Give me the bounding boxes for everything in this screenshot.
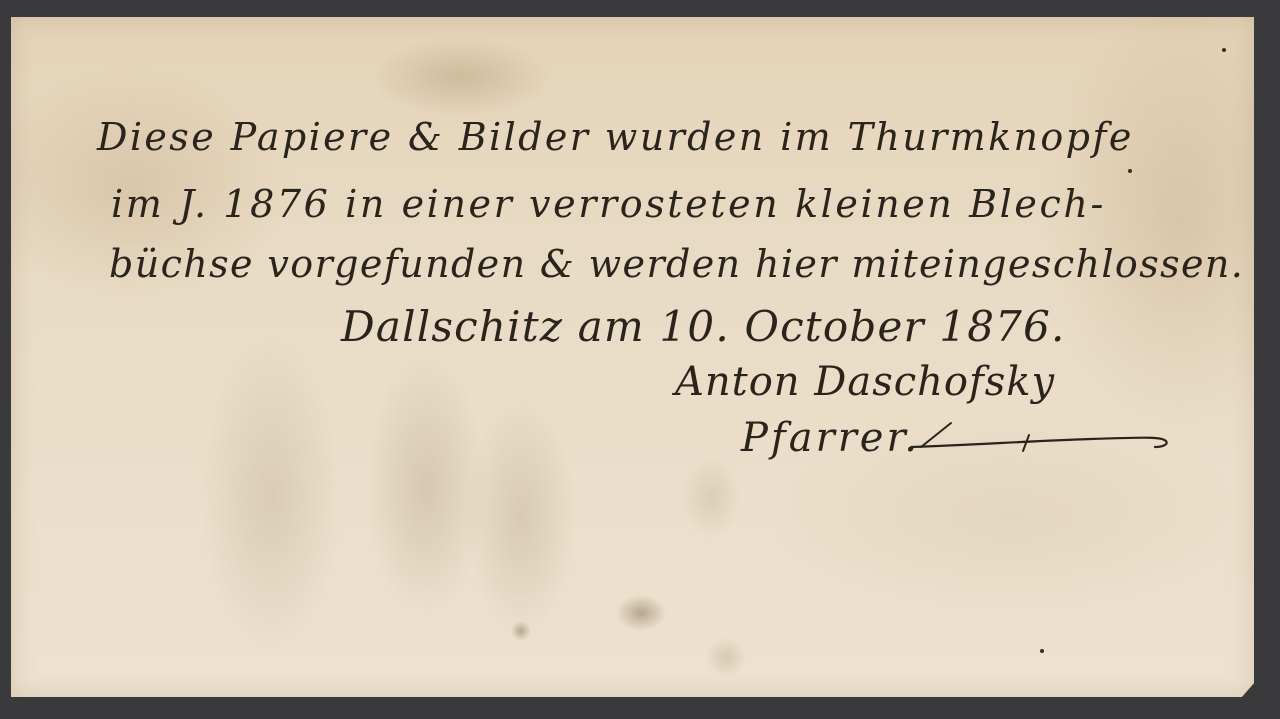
place-date-line: Dallschitz am 10. October 1876. bbox=[341, 302, 1066, 351]
signature-name: Anton Daschofsky bbox=[675, 359, 1055, 405]
ink-speck bbox=[1222, 48, 1226, 52]
signature-flourish-icon bbox=[911, 417, 1171, 457]
text-line-2: im J. 1876 in einer verrosteten kleinen … bbox=[111, 182, 1106, 226]
text-line-3: büchse vorgefunden & werden hier miteing… bbox=[109, 242, 1244, 286]
scan-background: Diese Papiere & Bilder wurden im Thurmkn… bbox=[0, 0, 1280, 719]
signature-title: Pfarrer. bbox=[741, 415, 920, 461]
paper-sheet: Diese Papiere & Bilder wurden im Thurmkn… bbox=[11, 17, 1254, 697]
ink-speck bbox=[1128, 169, 1132, 173]
text-line-1: Diese Papiere & Bilder wurden im Thurmkn… bbox=[97, 115, 1134, 159]
ink-speck bbox=[1040, 649, 1044, 653]
